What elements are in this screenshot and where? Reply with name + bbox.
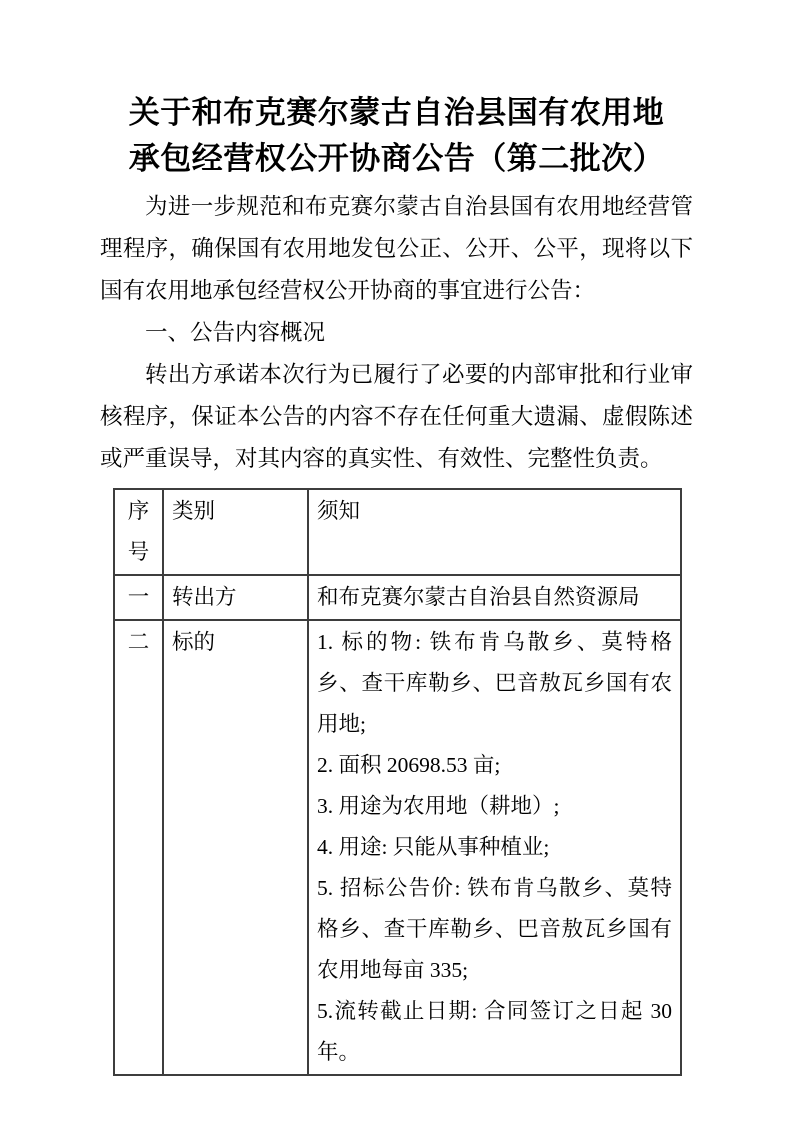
row2-note: 5. 招标公告价: 铁布肯乌散乡、莫特格乡、查干库勒乡、巴音敖瓦乡国有农用地每亩… [317, 868, 672, 991]
row2-cell-no: 二 [114, 620, 163, 1075]
row2-note: 4. 用途: 只能从事种植业; [317, 827, 672, 868]
commitment-paragraph: 转出方承诺本次行为已履行了必要的内部审批和行业审核程序，保证本公告的内容不存在任… [100, 354, 693, 480]
section-heading: 一、公告内容概况 [100, 312, 693, 354]
row2-note: 5.流转截止日期: 合同签订之日起 30 年。 [317, 991, 672, 1073]
table-header-row: 序号 类别 须知 [114, 489, 681, 575]
row2-cell-notes: 1. 标的物: 铁布肯乌散乡、莫特格乡、查干库勒乡、巴音敖瓦乡国有农用地; 2.… [308, 620, 681, 1075]
header-cell-no: 序号 [114, 489, 163, 575]
document-title: 关于和布克赛尔蒙古自治县国有农用地 承包经营权公开协商公告（第二批次） [100, 90, 693, 182]
row2-cell-category: 标的 [163, 620, 308, 1075]
row1-cell-notes: 和布克赛尔蒙古自治县自然资源局 [308, 575, 681, 620]
row2-note: 1. 标的物: 铁布肯乌散乡、莫特格乡、查干库勒乡、巴音敖瓦乡国有农用地; [317, 622, 672, 745]
table-row: 一 转出方 和布克赛尔蒙古自治县自然资源局 [114, 575, 681, 620]
header-cell-category: 类别 [163, 489, 308, 575]
row1-cell-category: 转出方 [163, 575, 308, 620]
row2-note: 3. 用途为农用地（耕地）; [317, 786, 672, 827]
title-line-2: 承包经营权公开协商公告（第二批次） [100, 136, 693, 182]
intro-paragraph: 为进一步规范和布克赛尔蒙古自治县国有农用地经营管理程序，确保国有农用地发包公正、… [100, 186, 693, 312]
table-row: 二 标的 1. 标的物: 铁布肯乌散乡、莫特格乡、查干库勒乡、巴音敖瓦乡国有农用… [114, 620, 681, 1075]
row1-cell-no: 一 [114, 575, 163, 620]
header-cell-notes: 须知 [308, 489, 681, 575]
row1-note: 和布克赛尔蒙古自治县自然资源局 [317, 577, 672, 618]
row2-note: 2. 面积 20698.53 亩; [317, 745, 672, 786]
document-page: 关于和布克赛尔蒙古自治县国有农用地 承包经营权公开协商公告（第二批次） 为进一步… [0, 0, 793, 1122]
title-line-1: 关于和布克赛尔蒙古自治县国有农用地 [100, 90, 693, 136]
notice-table: 序号 类别 须知 一 转出方 和布克赛尔蒙古自治县自然资源局 二 标的 1. 标… [113, 488, 682, 1076]
